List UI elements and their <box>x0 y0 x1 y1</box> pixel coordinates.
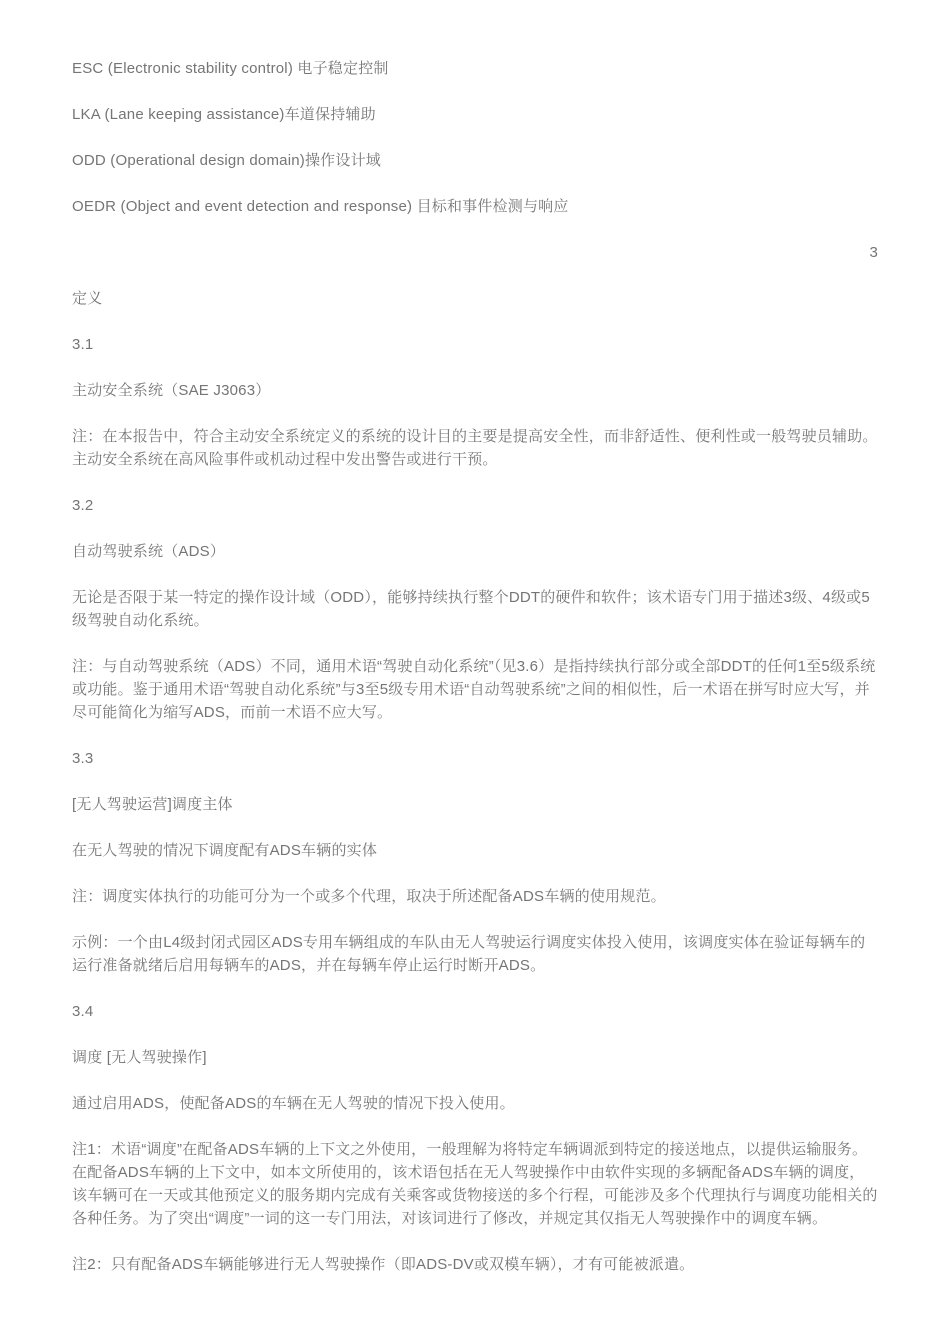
term-3-4-note-2: 注2：只有配备ADS车辆能够进行无人驾驶操作（即ADS-DV或双模车辆），才有可… <box>72 1253 878 1276</box>
term-3-3-note: 注：调度实体执行的功能可分为一个或多个代理，取决于所述配备ADS车辆的使用规范。 <box>72 885 878 908</box>
term-number-3-1: 3.1 <box>72 333 878 356</box>
term-title-3-4: 调度 [无人驾驶操作] <box>72 1046 878 1069</box>
abbreviation-esc: ESC (Electronic stability control) 电子稳定控… <box>72 57 878 80</box>
term-title-3-1: 主动安全系统（SAE J3063） <box>72 379 878 402</box>
document-page: ESC (Electronic stability control) 电子稳定控… <box>0 0 950 1344</box>
section-heading-definitions: 定义 <box>72 287 878 310</box>
abbreviation-lka: LKA (Lane keeping assistance)车道保持辅助 <box>72 103 878 126</box>
term-3-2-definition: 无论是否限于某一特定的操作设计域（ODD），能够持续执行整个DDT的硬件和软件；… <box>72 586 878 632</box>
term-number-3-4: 3.4 <box>72 1000 878 1023</box>
term-3-2-note: 注：与自动驾驶系统（ADS）不同，通用术语“驾驶自动化系统”（见3.6）是指持续… <box>72 655 878 724</box>
term-3-4-definition: 通过启用ADS，使配备ADS的车辆在无人驾驶的情况下投入使用。 <box>72 1092 878 1115</box>
page-number: 3 <box>72 241 878 264</box>
abbreviation-oedr: OEDR (Object and event detection and res… <box>72 195 878 218</box>
term-3-3-example: 示例：一个由L4级封闭式园区ADS专用车辆组成的车队由无人驾驶运行调度实体投入使… <box>72 931 878 977</box>
term-number-3-2: 3.2 <box>72 494 878 517</box>
term-3-3-definition: 在无人驾驶的情况下调度配有ADS车辆的实体 <box>72 839 878 862</box>
term-3-1-note: 注：在本报告中，符合主动安全系统定义的系统的设计目的主要是提高安全性，而非舒适性… <box>72 425 878 471</box>
abbreviation-odd: ODD (Operational design domain)操作设计域 <box>72 149 878 172</box>
term-3-4-note-1: 注1：术语“调度”在配备ADS车辆的上下文之外使用，一般理解为将特定车辆调派到特… <box>72 1138 878 1230</box>
term-title-3-2: 自动驾驶系统（ADS） <box>72 540 878 563</box>
term-title-3-3: [无人驾驶运营]调度主体 <box>72 793 878 816</box>
term-number-3-3: 3.3 <box>72 747 878 770</box>
